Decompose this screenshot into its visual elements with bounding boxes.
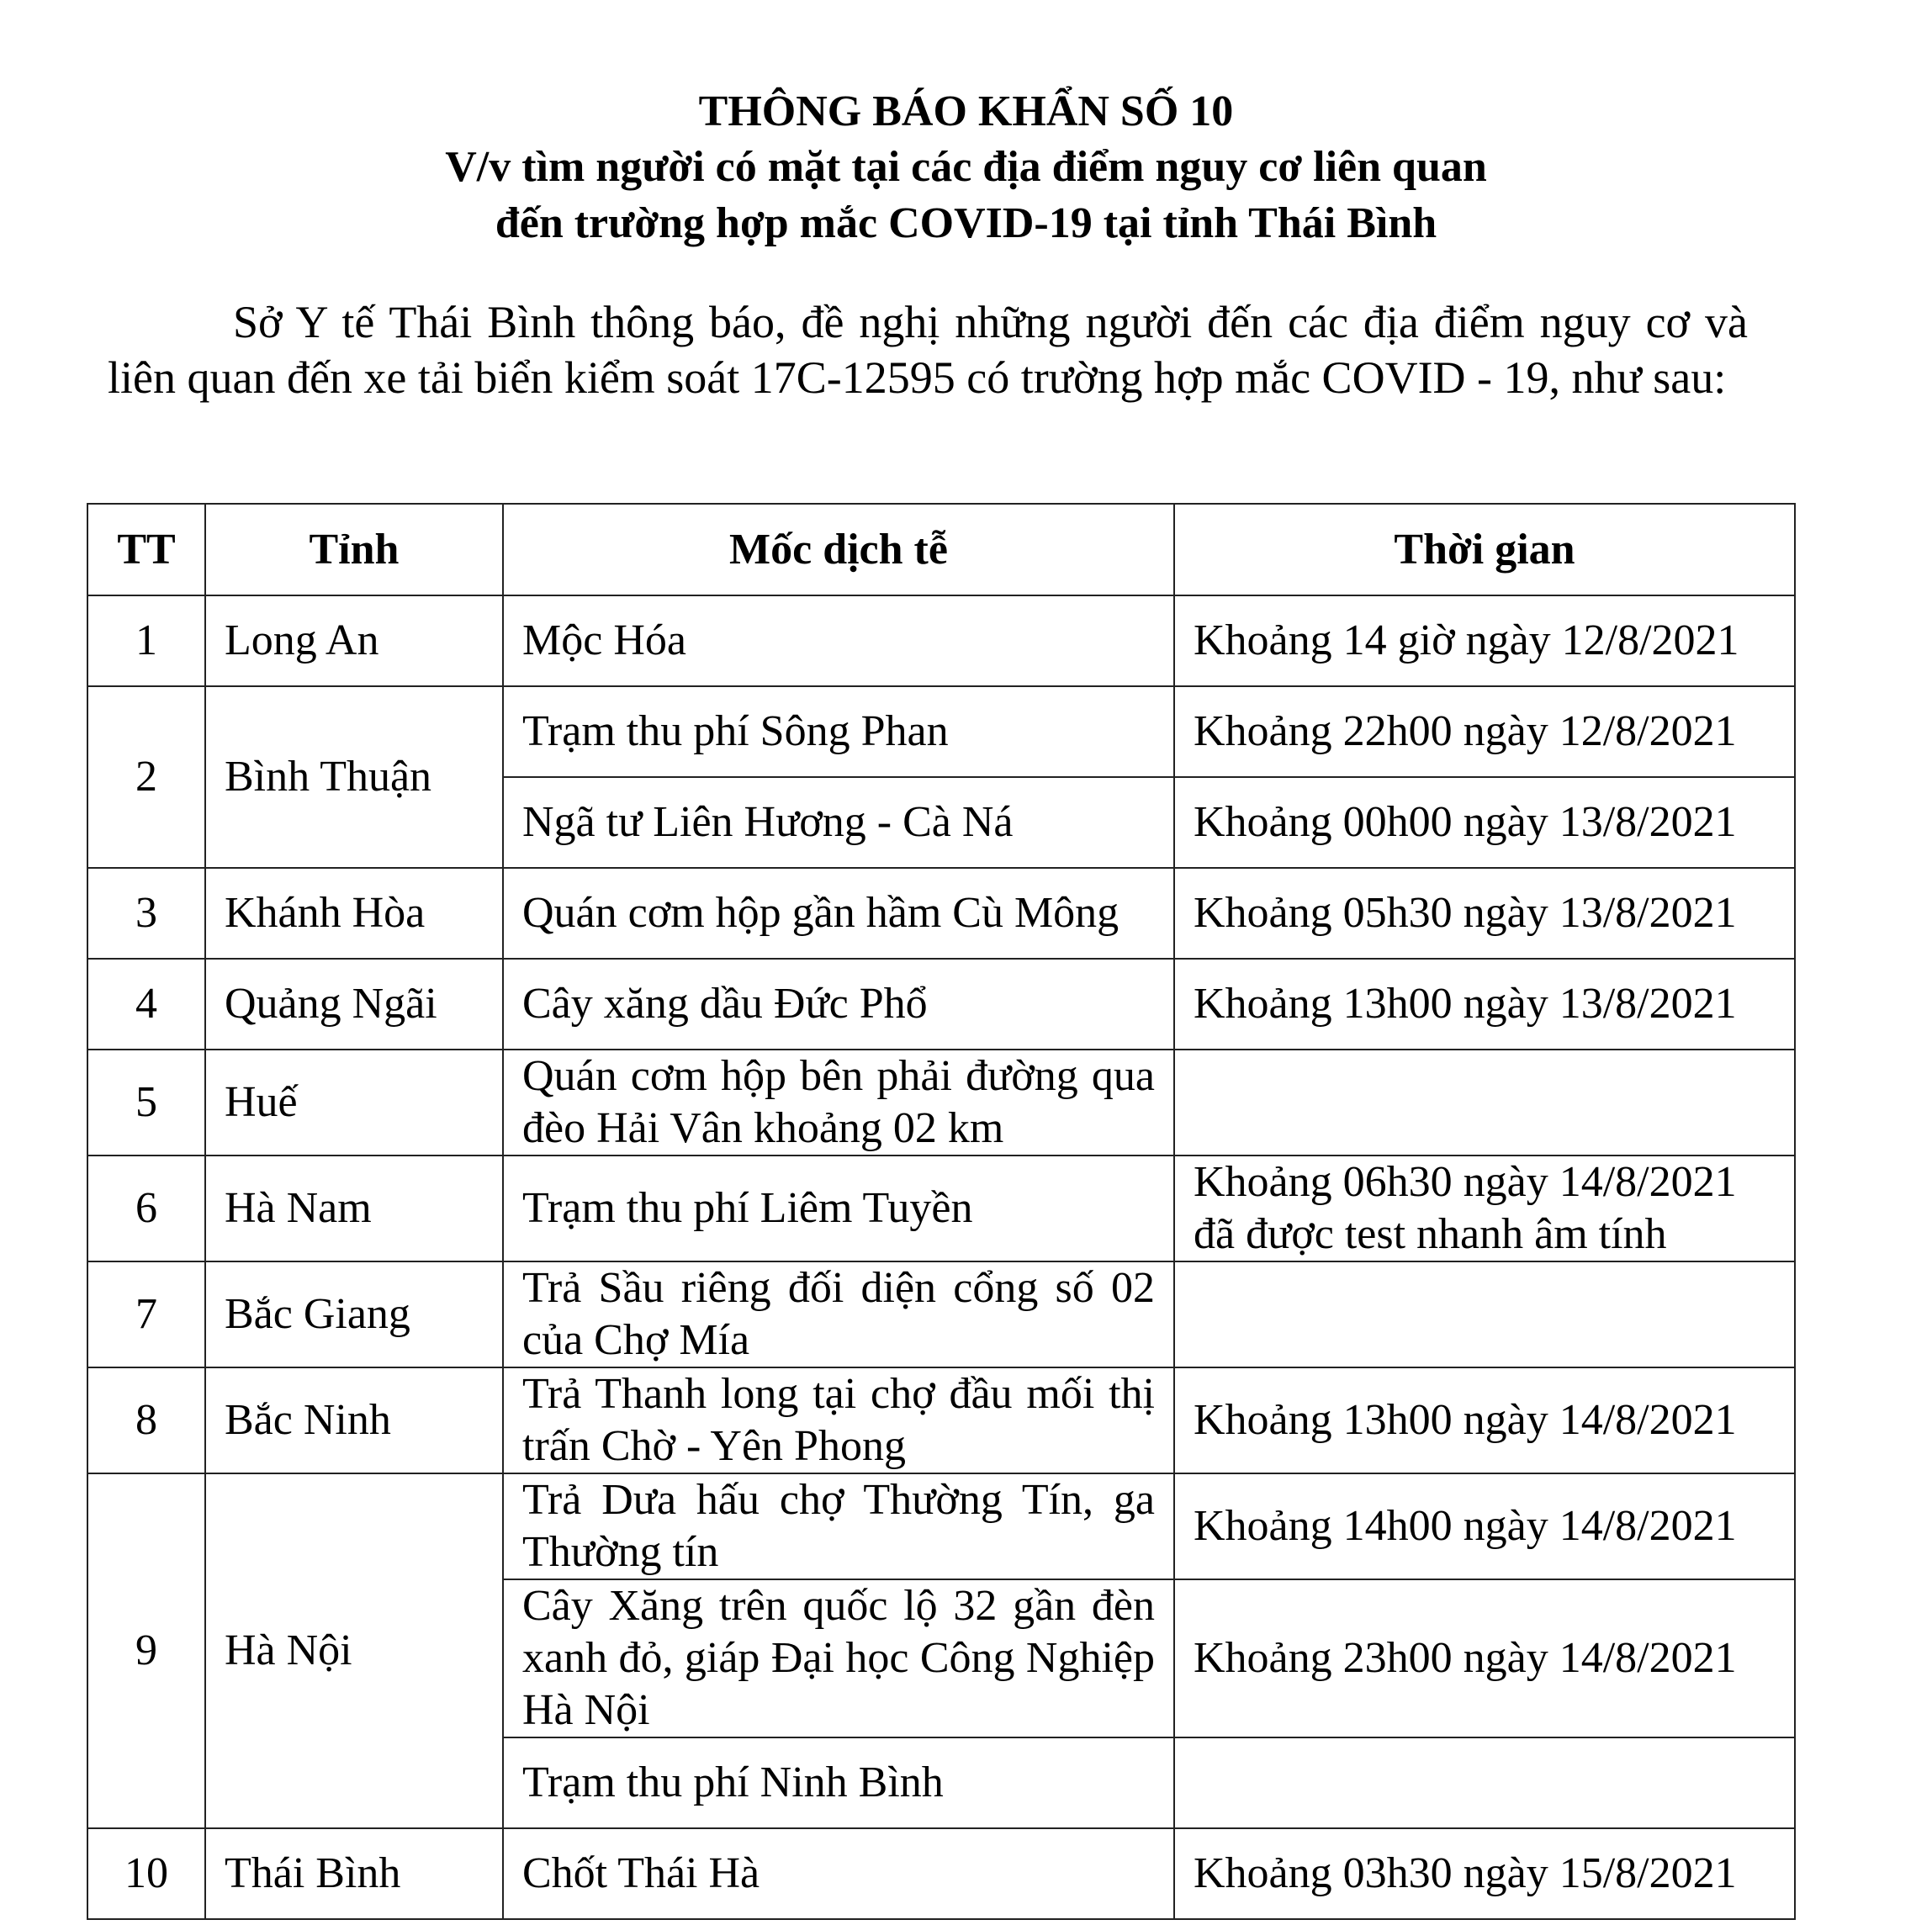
table-header-row: TT Tỉnh Mốc dịch tễ Thời gian — [87, 504, 1795, 595]
table-row: 8 Bắc Ninh Trả Thanh long tại chợ đầu mố… — [87, 1367, 1795, 1473]
table-row: 9 Hà Nội Trả Dưa hấu chợ Thường Tín, ga … — [87, 1473, 1795, 1579]
header-time: Thời gian — [1174, 504, 1795, 595]
time: Khoảng 13h00 ngày 14/8/2021 — [1174, 1367, 1795, 1473]
row-number: 1 — [87, 595, 205, 686]
time — [1174, 1261, 1795, 1367]
header-province: Tỉnh — [205, 504, 503, 595]
header-tt: TT — [87, 504, 205, 595]
province: Thái Bình — [205, 1828, 503, 1919]
province: Hà Nam — [205, 1156, 503, 1261]
time: Khoảng 14 giờ ngày 12/8/2021 — [1174, 595, 1795, 686]
place: Trả Thanh long tại chợ đầu mối thị trấn … — [503, 1367, 1174, 1473]
intro-text: Sở Y tế Thái Bình thông báo, đề nghị nhữ… — [108, 297, 1748, 403]
province: Quảng Ngãi — [205, 959, 503, 1050]
table-row: 3 Khánh Hòa Quán cơm hộp gần hầm Cù Mông… — [87, 868, 1795, 959]
time: Khoảng 22h00 ngày 12/8/2021 — [1174, 686, 1795, 777]
intro-paragraph: Sở Y tế Thái Bình thông báo, đề nghị nhữ… — [108, 294, 1748, 405]
time — [1174, 1050, 1795, 1156]
time: Khoảng 03h30 ngày 15/8/2021 — [1174, 1828, 1795, 1919]
row-number: 4 — [87, 959, 205, 1050]
place: Trạm thu phí Liêm Tuyền — [503, 1156, 1174, 1261]
time: Khoảng 13h00 ngày 13/8/2021 — [1174, 959, 1795, 1050]
time: Khoảng 14h00 ngày 14/8/2021 — [1174, 1473, 1795, 1579]
epidemiological-table: TT Tỉnh Mốc dịch tễ Thời gian 1 Long An … — [87, 503, 1796, 1920]
place: Trạm thu phí Ninh Bình — [503, 1737, 1174, 1828]
province: Hà Nội — [205, 1473, 503, 1828]
document-subtitle-line-1: V/v tìm người có mặt tại các địa điểm ng… — [0, 140, 1932, 195]
header-epi-milestone: Mốc dịch tễ — [503, 504, 1174, 595]
table-row: 7 Bắc Giang Trả Sầu riêng đối diện cổng … — [87, 1261, 1795, 1367]
row-number: 10 — [87, 1828, 205, 1919]
place: Ngã tư Liên Hương - Cà Ná — [503, 777, 1174, 868]
place: Trả Sầu riêng đối diện cổng số 02 của Ch… — [503, 1261, 1174, 1367]
row-number: 9 — [87, 1473, 205, 1828]
place: Chốt Thái Hà — [503, 1828, 1174, 1919]
place: Trả Dưa hấu chợ Thường Tín, ga Thường tí… — [503, 1473, 1174, 1579]
row-number: 2 — [87, 686, 205, 868]
table-row: 10 Thái Bình Chốt Thái Hà Khoảng 03h30 n… — [87, 1828, 1795, 1919]
row-number: 8 — [87, 1367, 205, 1473]
time: Khoảng 23h00 ngày 14/8/2021 — [1174, 1579, 1795, 1737]
province: Bắc Ninh — [205, 1367, 503, 1473]
row-number: 3 — [87, 868, 205, 959]
table-row: 2 Bình Thuận Trạm thu phí Sông Phan Khoả… — [87, 686, 1795, 777]
row-number: 5 — [87, 1050, 205, 1156]
province: Long An — [205, 595, 503, 686]
province: Huế — [205, 1050, 503, 1156]
province: Bắc Giang — [205, 1261, 503, 1367]
place: Quán cơm hộp gần hầm Cù Mông — [503, 868, 1174, 959]
document-title: THÔNG BÁO KHẨN SỐ 10 — [0, 84, 1932, 140]
province: Khánh Hòa — [205, 868, 503, 959]
table-row: 1 Long An Mộc Hóa Khoảng 14 giờ ngày 12/… — [87, 595, 1795, 686]
province: Bình Thuận — [205, 686, 503, 868]
place: Quán cơm hộp bên phải đường qua đèo Hải … — [503, 1050, 1174, 1156]
time: Khoảng 06h30 ngày 14/8/2021 đã được test… — [1174, 1156, 1795, 1261]
place: Cây xăng dầu Đức Phổ — [503, 959, 1174, 1050]
table-row: 4 Quảng Ngãi Cây xăng dầu Đức Phổ Khoảng… — [87, 959, 1795, 1050]
time: Khoảng 00h00 ngày 13/8/2021 — [1174, 777, 1795, 868]
table-row: 5 Huế Quán cơm hộp bên phải đường qua đè… — [87, 1050, 1795, 1156]
place: Mộc Hóa — [503, 595, 1174, 686]
place: Trạm thu phí Sông Phan — [503, 686, 1174, 777]
place: Cây Xăng trên quốc lộ 32 gần đèn xanh đỏ… — [503, 1579, 1174, 1737]
row-number: 6 — [87, 1156, 205, 1261]
document-subtitle-line-2: đến trường hợp mắc COVID-19 tại tỉnh Thá… — [0, 196, 1932, 251]
table-row: 6 Hà Nam Trạm thu phí Liêm Tuyền Khoảng … — [87, 1156, 1795, 1261]
time — [1174, 1737, 1795, 1828]
row-number: 7 — [87, 1261, 205, 1367]
time: Khoảng 05h30 ngày 13/8/2021 — [1174, 868, 1795, 959]
